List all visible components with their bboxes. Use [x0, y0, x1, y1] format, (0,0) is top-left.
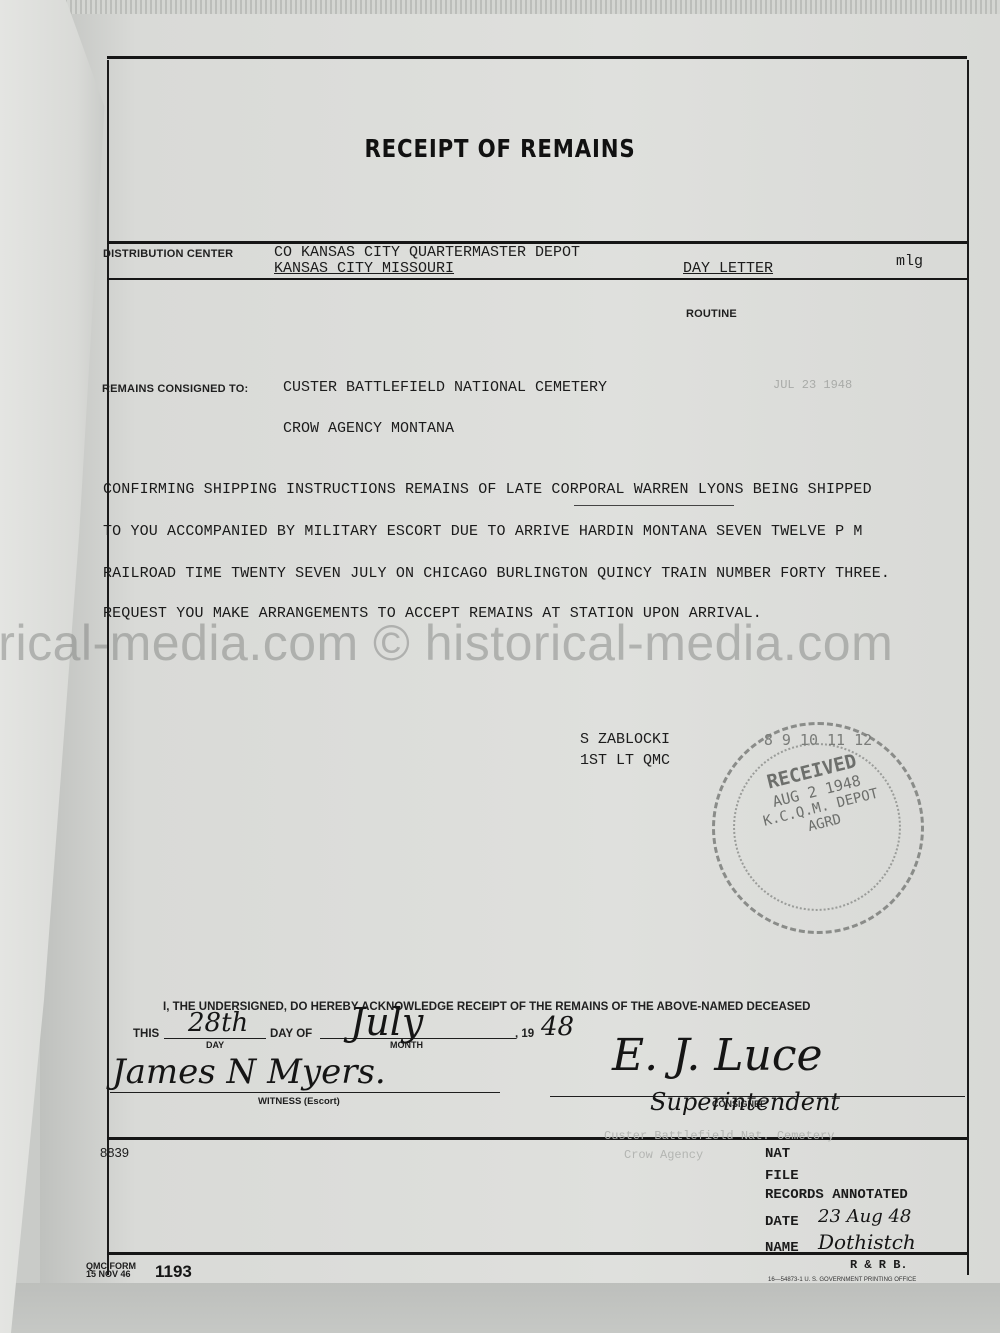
- day-caption: DAY: [206, 1040, 224, 1050]
- desk-surface: [0, 1283, 1000, 1333]
- form-number: 1193: [155, 1262, 192, 1282]
- day-value: 28th: [188, 1008, 248, 1038]
- consignee-line2: CROW AGENCY MONTANA: [283, 420, 454, 437]
- initials: mlg: [896, 253, 923, 270]
- footer-rule-top: [107, 1137, 967, 1140]
- header-rule-bottom: [107, 278, 967, 280]
- distribution-center-label: DISTRIBUTION CENTER: [103, 248, 233, 260]
- page-title: RECEIPT OF REMAINS: [75, 134, 925, 163]
- printer-line: 16—54873-1 U. S. GOVERNMENT PRINTING OFF…: [768, 1277, 916, 1283]
- handwritten-underline: [574, 505, 734, 506]
- records-date-label: DATE: [765, 1214, 799, 1230]
- consignee-line1: CUSTER BATTLEFIELD NATIONAL CEMETERY: [283, 379, 607, 396]
- records-dept: R & R B.: [850, 1258, 908, 1272]
- acknowledgement-statement: I, THE UNDERSIGNED, DO HEREBY ACKNOWLEDG…: [163, 1001, 810, 1013]
- this-label: THIS: [133, 1028, 159, 1040]
- witness-caption: WITNESS (Escort): [258, 1096, 340, 1107]
- records-name-value: Dothistch: [818, 1230, 916, 1254]
- form-label-2: 15 NOV 46: [86, 1270, 136, 1278]
- message-line-1: CONFIRMING SHIPPING INSTRUCTIONS REMAINS…: [103, 481, 872, 498]
- received-stamp: 8 9 10 11 12 RECEIVED AUG 2 1948 K.C.Q.M…: [712, 722, 924, 934]
- witness-signature: James N Myers.: [112, 1052, 386, 1092]
- sender-rank: 1ST LT QMC: [580, 752, 670, 769]
- day-of-label: DAY OF: [270, 1028, 312, 1040]
- records-name-label: NAME: [765, 1240, 799, 1256]
- records-annotated: RECORDS ANNOTATED: [765, 1187, 908, 1203]
- form-label: QMC FORM 15 NOV 46: [86, 1262, 136, 1278]
- distribution-center-line1: CO KANSAS CITY QUARTERMASTER DEPOT: [274, 244, 580, 261]
- consignee-title: Superintendent: [650, 1088, 840, 1116]
- witness-line: [110, 1092, 500, 1093]
- message-line-2: TO YOU ACCOMPANIED BY MILITARY ESCORT DU…: [103, 523, 863, 540]
- distribution-center-line2: KANSAS CITY MISSOURI: [274, 260, 454, 277]
- records-file: FILE: [765, 1168, 799, 1184]
- consignee-signature: E. J. Luce: [612, 1030, 823, 1081]
- month-value: July: [350, 1000, 423, 1044]
- ghost-text-2: Crow Agency: [624, 1148, 703, 1162]
- consignee-label: REMAINS CONSIGNED TO:: [102, 383, 248, 395]
- footer-number: 8839: [100, 1145, 129, 1160]
- form-top-rule: [107, 56, 967, 59]
- year-value: 48: [541, 1012, 574, 1042]
- day-line: [164, 1038, 266, 1039]
- ghost-text-1: Custer Battlefield Nat. Cemetery: [604, 1129, 834, 1143]
- records-date-value: 23 Aug 48: [818, 1206, 911, 1227]
- sender-name: S ZABLOCKI: [580, 731, 670, 748]
- records-nat: NAT: [765, 1146, 790, 1162]
- watermark: orical-media.com © historical-media.com: [0, 614, 1000, 672]
- priority-label: ROUTINE: [686, 308, 737, 320]
- message-type: DAY LETTER: [683, 260, 773, 277]
- year-prefix: , 19: [515, 1028, 534, 1040]
- faint-date-stamp: JUL 23 1948: [773, 378, 852, 392]
- message-line-3: RAILROAD TIME TWENTY SEVEN JULY ON CHICA…: [103, 565, 890, 582]
